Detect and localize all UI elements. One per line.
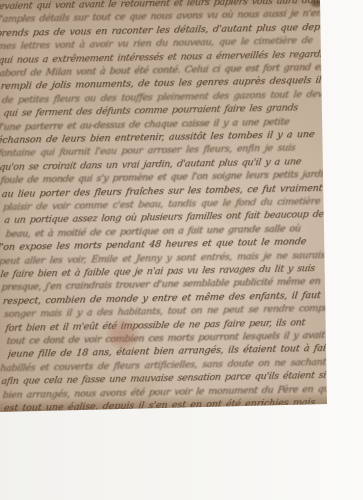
handwriting-block: devaient qui vont avant le retournent et…: [0, 0, 353, 430]
letter-paper: devaient qui vont avant le retournent et…: [0, 0, 363, 500]
ink-speck: [311, 0, 322, 7]
scanned-letter-page: devaient qui vont avant le retournent et…: [0, 0, 363, 500]
